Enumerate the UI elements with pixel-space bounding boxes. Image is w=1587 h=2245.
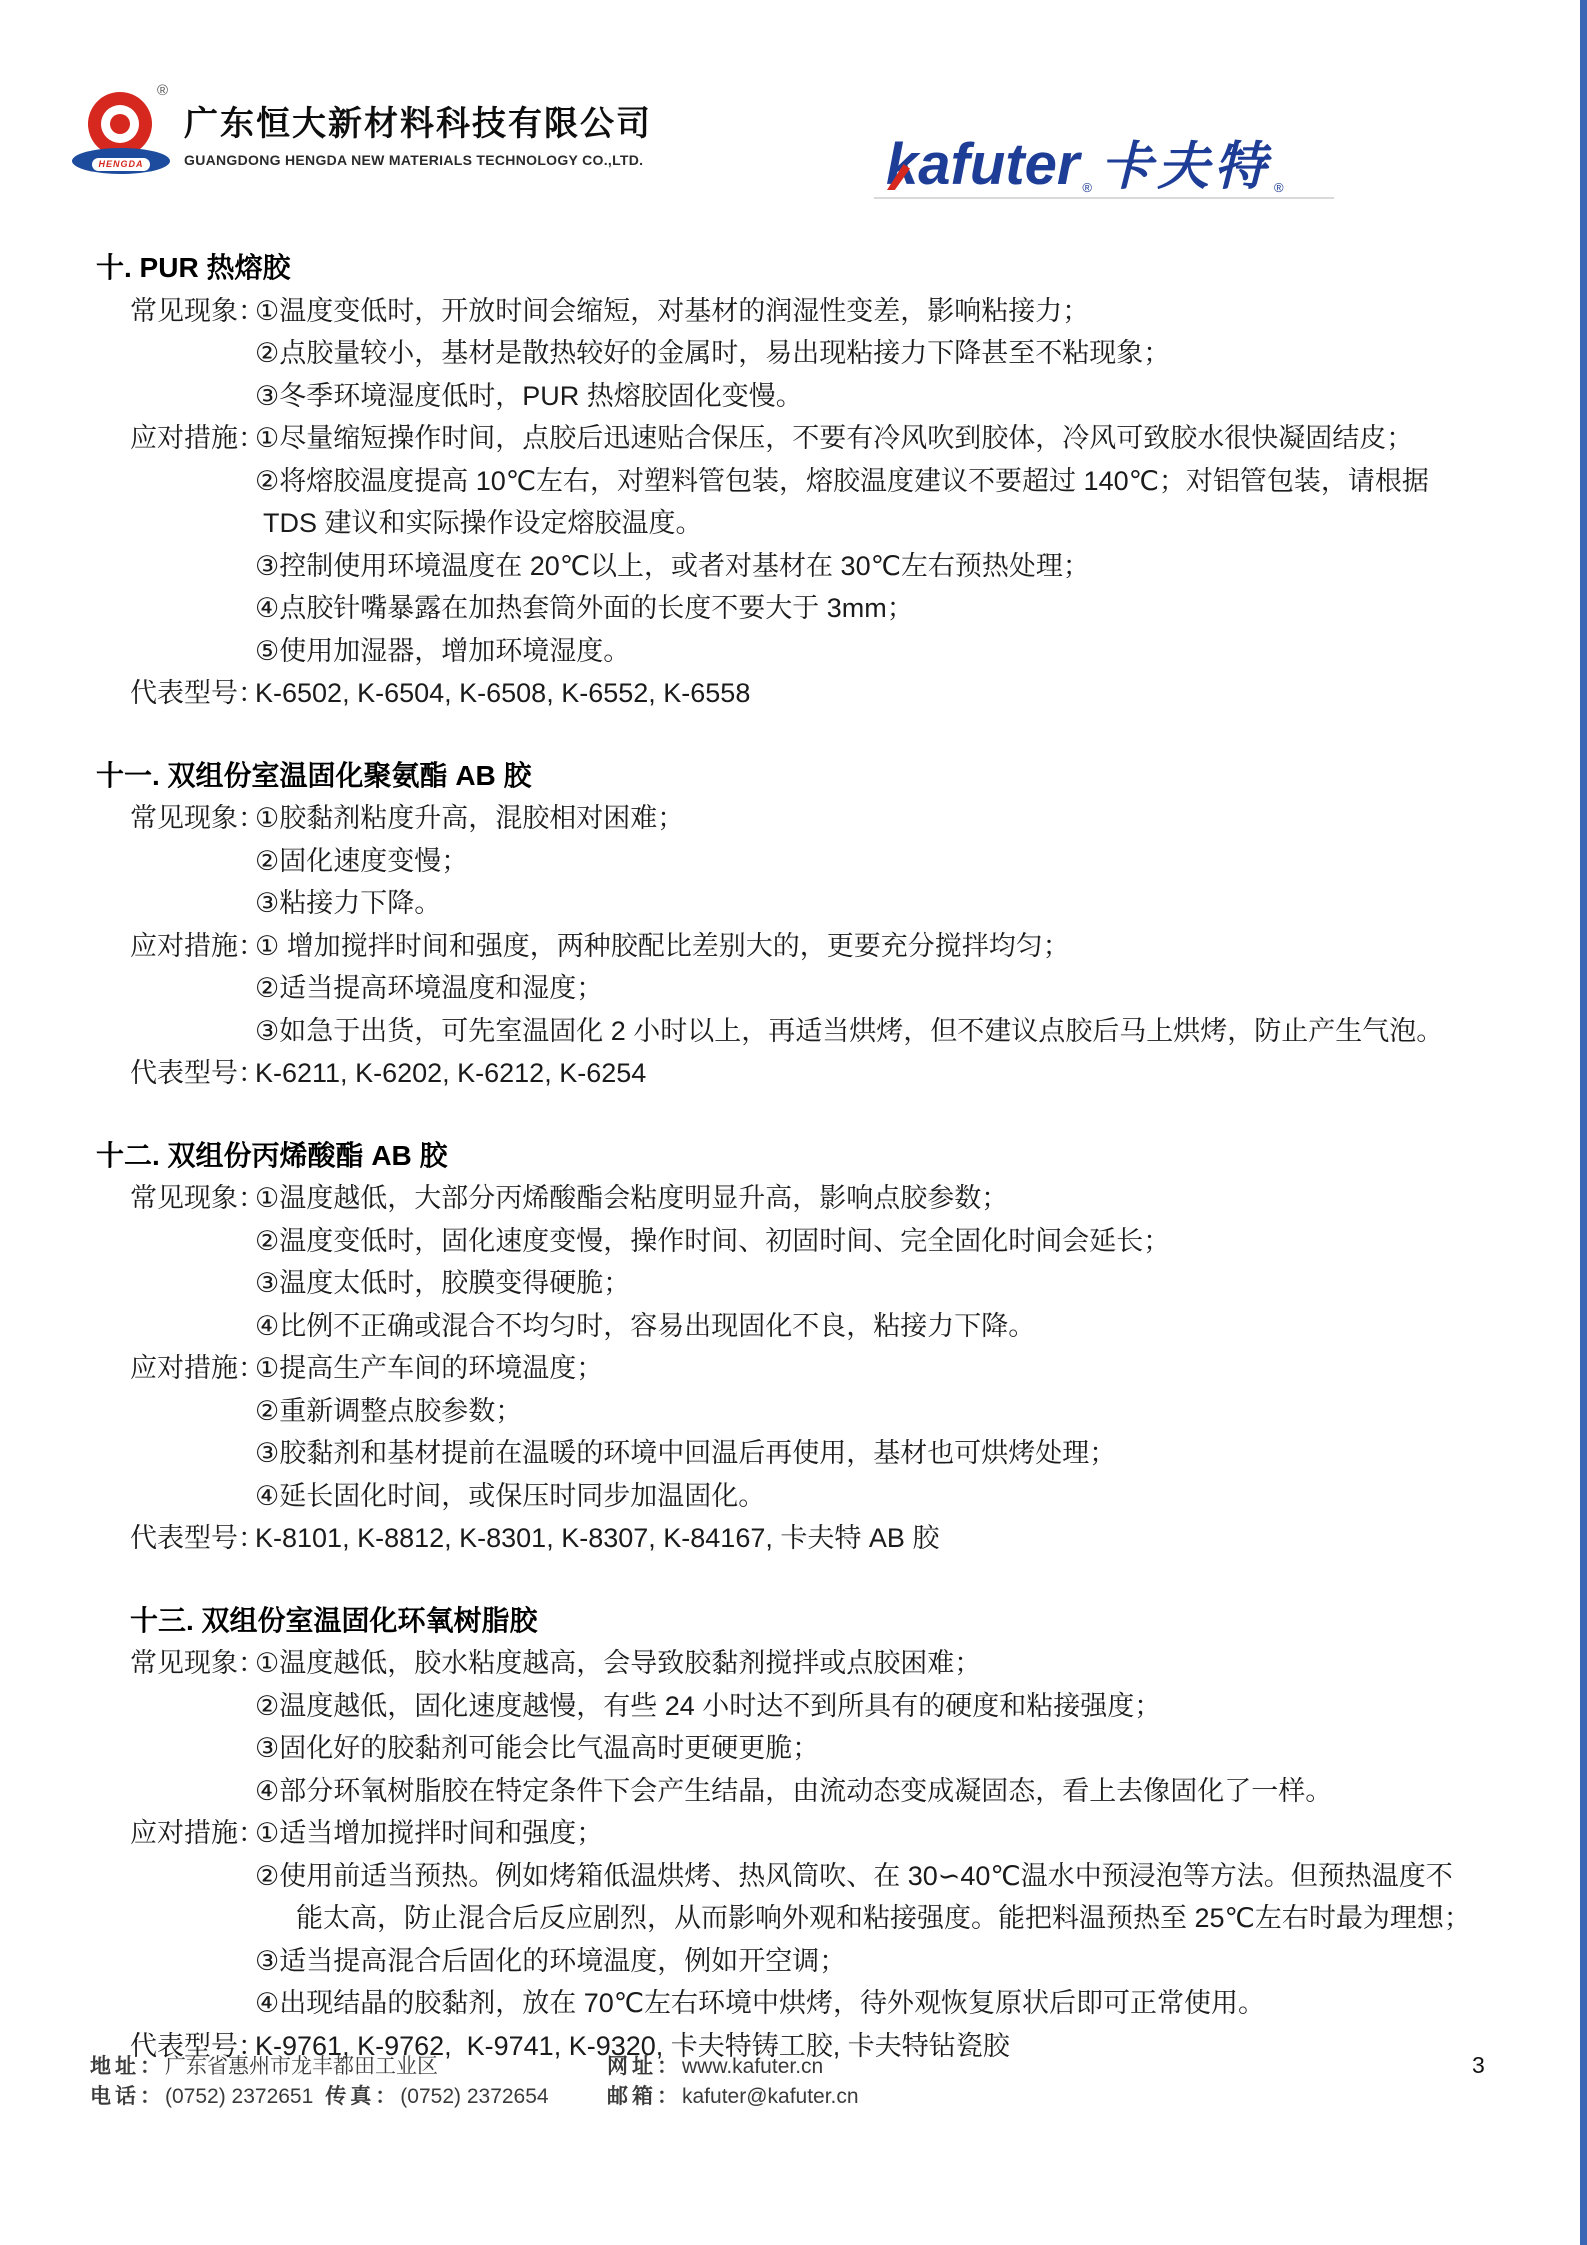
line-label: 常见现象：	[130, 290, 255, 333]
line-label: 代表型号：	[130, 672, 255, 715]
line-text: ②固化速度变慢；	[255, 840, 468, 883]
line-label: 应对措施：	[130, 925, 255, 968]
text-line: ②固化速度变慢；	[0, 840, 1587, 883]
phone-value: (0752) 2372651	[165, 2085, 313, 2108]
text-line: ④延长固化时间，或保压时同步加温固化。	[0, 1475, 1587, 1518]
line-text: ②温度变低时，固化速度变慢，操作时间、初固时间、完全固化时间会延长；	[255, 1220, 1170, 1263]
text-line: ②将熔胶温度提高 10℃左右，对塑料管包装，熔胶温度建议不要超过 140℃；对铝…	[0, 460, 1587, 503]
company-name-cn: 广东恒大新材料科技有限公司	[184, 96, 652, 145]
line-text: ① 增加搅拌时间和强度，两种胶配比差别大的，更要充分搅拌均匀；	[255, 925, 1070, 968]
text-line: 能太高，防止混合后反应剧烈，从而影响外观和粘接强度。能把料温预热至 25℃左右时…	[0, 1897, 1587, 1940]
section: 十. PUR 热熔胶常见现象：①温度变低时，开放时间会缩短，对基材的润湿性变差，…	[0, 247, 1587, 715]
hengda-logo-word: HENGDA	[92, 158, 150, 171]
text-line: 常见现象：①温度越低，大部分丙烯酸酯会粘度明显升高，影响点胶参数；	[0, 1177, 1587, 1220]
text-line: 应对措施：①适当增加搅拌时间和强度；	[0, 1812, 1587, 1855]
line-text: K-6502, K-6504, K-6508, K-6552, K-6558	[255, 672, 750, 715]
hengda-target-icon	[88, 92, 152, 156]
line-label: 常见现象：	[130, 1642, 255, 1685]
kafuter-cn-wordmark: 卡夫特	[1100, 138, 1271, 196]
line-text: ①尽量缩短操作时间，点胶后迅速贴合保压，不要有冷风吹到胶体，冷风可致胶水很快凝固…	[255, 417, 1413, 460]
company-names: 广东恒大新材料科技有限公司 GUANGDONG HENGDA NEW MATER…	[184, 80, 652, 168]
text-line: 应对措施：① 增加搅拌时间和强度，两种胶配比差别大的，更要充分搅拌均匀；	[0, 925, 1587, 968]
line-text: ④点胶针嘴暴露在加热套筒外面的长度不要大于 3mm；	[255, 587, 914, 630]
line-text: ③适当提高混合后固化的环境温度，例如开空调；	[255, 1940, 846, 1983]
line-label: 常见现象：	[130, 797, 255, 840]
footer-row-1: 地址：广东省惠州市龙丰都田工业区 网址：www.kafuter.cn	[90, 2052, 859, 2082]
text-line: 应对措施：①提高生产车间的环境温度；	[0, 1347, 1587, 1390]
text-line: ③冬季环境湿度低时，PUR 热熔胶固化变慢。	[0, 375, 1587, 418]
text-line: ④出现结晶的胶黏剂，放在 70℃左右环境中烘烤，待外观恢复原状后即可正常使用。	[0, 1982, 1587, 2025]
line-label: 常见现象：	[130, 1177, 255, 1220]
line-text: ④部分环氧树脂胶在特定条件下会产生结晶，由流动态变成凝固态，看上去像固化了一样。	[255, 1770, 1332, 1813]
line-text: ②适当提高环境温度和湿度；	[255, 967, 603, 1010]
line-text: ①温度越低，大部分丙烯酸酯会粘度明显升高，影响点胶参数；	[255, 1177, 1008, 1220]
section: 十二. 双组份丙烯酸酯 AB 胶常见现象：①温度越低，大部分丙烯酸酯会粘度明显升…	[0, 1135, 1587, 1560]
line-label: 代表型号：	[130, 1052, 255, 1095]
text-line: ③温度太低时，胶膜变得硬脆；	[0, 1262, 1587, 1305]
hengda-logo: ® HENGDA 广东恒大新材料科技有限公司 GUANGDONG HENGDA …	[72, 80, 652, 196]
address-label: 地址：	[90, 2055, 165, 2078]
section-title: 十. PUR 热熔胶	[0, 247, 1587, 290]
website-label: 网址：	[607, 2055, 682, 2078]
line-text: ①提高生产车间的环境温度；	[255, 1347, 603, 1390]
text-line: ②温度越低，固化速度越慢，有些 24 小时达不到所具有的硬度和粘接强度；	[0, 1685, 1587, 1728]
line-text: ①胶黏剂粘度升高，混胶相对困难；	[255, 797, 684, 840]
text-line: ③固化好的胶黏剂可能会比气温高时更硬更脆；	[0, 1727, 1587, 1770]
line-text: ⑤使用加湿器，增加环境湿度。	[255, 630, 630, 673]
line-text: K-6211, K-6202, K-6212, K-6254	[255, 1052, 646, 1095]
line-text: TDS 建议和实际操作设定熔胶温度。	[263, 502, 703, 545]
text-line: ②重新调整点胶参数；	[0, 1390, 1587, 1433]
text-line: ③粘接力下降。	[0, 882, 1587, 925]
company-name-en: GUANGDONG HENGDA NEW MATERIALS TECHNOLOG…	[184, 152, 652, 168]
text-line: 代表型号：K-6502, K-6504, K-6508, K-6552, K-6…	[0, 672, 1587, 715]
text-line: ②适当提高环境温度和湿度；	[0, 967, 1587, 1010]
line-text: ③温度太低时，胶膜变得硬脆；	[255, 1262, 630, 1305]
text-line: ②使用前适当预热。例如烤箱低温烘烤、热风筒吹、在 30∽40℃温水中预浸泡等方法…	[0, 1855, 1587, 1898]
text-line: 常见现象：①温度变低时，开放时间会缩短，对基材的润湿性变差，影响粘接力；	[0, 290, 1587, 333]
hengda-target-ring	[101, 105, 139, 143]
footer-address: 地址：广东省惠州市龙丰都田工业区	[90, 2052, 607, 2082]
line-text: ③胶黏剂和基材提前在温暖的环境中回温后再使用，基材也可烘烤处理；	[255, 1432, 1116, 1475]
document-page: ® HENGDA 广东恒大新材料科技有限公司 GUANGDONG HENGDA …	[0, 0, 1587, 2245]
line-label: 代表型号：	[130, 1517, 255, 1560]
phone-label: 电话：	[90, 2085, 165, 2108]
header-underline	[874, 197, 1334, 199]
footer-phone: 电话：(0752) 2372651传真：(0752) 2372654	[90, 2082, 607, 2112]
section: 十三. 双组份室温固化环氧树脂胶常见现象：①温度越低，胶水粘度越高，会导致胶黏剂…	[0, 1600, 1587, 2068]
line-text: ②点胶量较小，基材是散热较好的金属时，易出现粘接力下降甚至不粘现象；	[255, 332, 1170, 375]
text-line: 应对措施：①尽量缩短操作时间，点胶后迅速贴合保压，不要有冷风吹到胶体，冷风可致胶…	[0, 417, 1587, 460]
line-text: ②使用前适当预热。例如烤箱低温烘烤、热风筒吹、在 30∽40℃温水中预浸泡等方法…	[255, 1855, 1453, 1898]
line-text: ③粘接力下降。	[255, 882, 441, 925]
page-edge-stripe	[1580, 0, 1587, 2245]
line-text: ①温度变低时，开放时间会缩短，对基材的润湿性变差，影响粘接力；	[255, 290, 1089, 333]
line-label: 应对措施：	[130, 1812, 255, 1855]
fax-label: 传真：	[325, 2085, 400, 2108]
text-line: ④比例不正确或混合不均匀时，容易出现固化不良，粘接力下降。	[0, 1305, 1587, 1348]
line-label: 应对措施：	[130, 417, 255, 460]
text-line: 代表型号：K-6211, K-6202, K-6212, K-6254	[0, 1052, 1587, 1095]
section-title: 十二. 双组份丙烯酸酯 AB 胶	[0, 1135, 1587, 1178]
text-line: ④部分环氧树脂胶在特定条件下会产生结晶，由流动态变成凝固态，看上去像固化了一样。	[0, 1770, 1587, 1813]
text-line: ②点胶量较小，基材是散热较好的金属时，易出现粘接力下降甚至不粘现象；	[0, 332, 1587, 375]
section: 十一. 双组份室温固化聚氨酯 AB 胶常见现象：①胶黏剂粘度升高，混胶相对困难；…	[0, 755, 1587, 1095]
text-line: TDS 建议和实际操作设定熔胶温度。	[0, 502, 1587, 545]
text-line: 常见现象：①胶黏剂粘度升高，混胶相对困难；	[0, 797, 1587, 840]
registered-mark: ®	[157, 82, 168, 99]
text-line: ③适当提高混合后固化的环境温度，例如开空调；	[0, 1940, 1587, 1983]
line-text: ①适当增加搅拌时间和强度；	[255, 1812, 603, 1855]
line-text: ③控制使用环境温度在 20℃以上，或者对基材在 30℃左右预热处理；	[255, 545, 1090, 588]
hengda-logo-icon: ® HENGDA	[72, 80, 172, 196]
line-text: ④比例不正确或混合不均匀时，容易出现固化不良，粘接力下降。	[255, 1305, 1035, 1348]
hengda-target-core	[110, 114, 130, 134]
footer-website: 网址：www.kafuter.cn	[607, 2052, 823, 2082]
line-text: ②将熔胶温度提高 10℃左右，对塑料管包装，熔胶温度建议不要超过 140℃；对铝…	[255, 460, 1429, 503]
text-line: ④点胶针嘴暴露在加热套筒外面的长度不要大于 3mm；	[0, 587, 1587, 630]
text-line: ③控制使用环境温度在 20℃以上，或者对基材在 30℃左右预热处理；	[0, 545, 1587, 588]
text-line: ⑤使用加湿器，增加环境湿度。	[0, 630, 1587, 673]
line-text: ③固化好的胶黏剂可能会比气温高时更硬更脆；	[255, 1727, 819, 1770]
registered-mark: ®	[1082, 180, 1092, 195]
registered-mark: ®	[1274, 180, 1284, 195]
page-footer: 地址：广东省惠州市龙丰都田工业区 网址：www.kafuter.cn 电话：(0…	[90, 2052, 859, 2112]
line-text: ④出现结晶的胶黏剂，放在 70℃左右环境中烘烤，待外观恢复原状后即可正常使用。	[255, 1982, 1265, 2025]
address-value: 广东省惠州市龙丰都田工业区	[165, 2055, 438, 2078]
footer-row-2: 电话：(0752) 2372651传真：(0752) 2372654 邮箱：ka…	[90, 2082, 859, 2112]
email-label: 邮箱：	[607, 2085, 682, 2108]
section-title: 十三. 双组份室温固化环氧树脂胶	[0, 1600, 1587, 1643]
text-line: ③胶黏剂和基材提前在温暖的环境中回温后再使用，基材也可烘烤处理；	[0, 1432, 1587, 1475]
page-number: 3	[1472, 2052, 1485, 2079]
line-text: 能太高，防止混合后反应剧烈，从而影响外观和粘接强度。能把料温预热至 25℃左右时…	[296, 1897, 1471, 1940]
line-text: ③冬季环境湿度低时，PUR 热熔胶固化变慢。	[255, 375, 803, 418]
fax-value: (0752) 2372654	[400, 2085, 548, 2108]
line-text: ②温度越低，固化速度越慢，有些 24 小时达不到所具有的硬度和粘接强度；	[255, 1685, 1161, 1728]
section-title: 十一. 双组份室温固化聚氨酯 AB 胶	[0, 755, 1587, 798]
line-text: K-8101, K-8812, K-8301, K-8307, K-84167,…	[255, 1517, 939, 1560]
text-line: 常见现象：①温度越低，胶水粘度越高，会导致胶黏剂搅拌或点胶困难；	[0, 1642, 1587, 1685]
line-label: 应对措施：	[130, 1347, 255, 1390]
line-text: ②重新调整点胶参数；	[255, 1390, 522, 1433]
text-line: 代表型号：K-8101, K-8812, K-8301, K-8307, K-8…	[0, 1517, 1587, 1560]
email-value: kafuter@kafuter.cn	[682, 2085, 859, 2108]
website-value: www.kafuter.cn	[682, 2055, 823, 2078]
line-text: ④延长固化时间，或保压时同步加温固化。	[255, 1475, 765, 1518]
kafuter-wordmark: kafuter	[886, 131, 1079, 198]
footer-email: 邮箱：kafuter@kafuter.cn	[607, 2082, 859, 2112]
text-line: ③如急于出货，可先室温固化 2 小时以上，再适当烘烤，但不建议点胶后马上烘烤，防…	[0, 1010, 1587, 1053]
line-text: ①温度越低，胶水粘度越高，会导致胶黏剂搅拌或点胶困难；	[255, 1642, 981, 1685]
text-line: ②温度变低时，固化速度变慢，操作时间、初固时间、完全固化时间会延长；	[0, 1220, 1587, 1263]
document-body: 十. PUR 热熔胶常见现象：①温度变低时，开放时间会缩短，对基材的润湿性变差，…	[0, 247, 1587, 2067]
kafuter-logo: kafuter®卡夫特®	[886, 124, 1292, 199]
line-text: ③如急于出货，可先室温固化 2 小时以上，再适当烘烤，但不建议点胶后马上烘烤，防…	[255, 1010, 1443, 1053]
